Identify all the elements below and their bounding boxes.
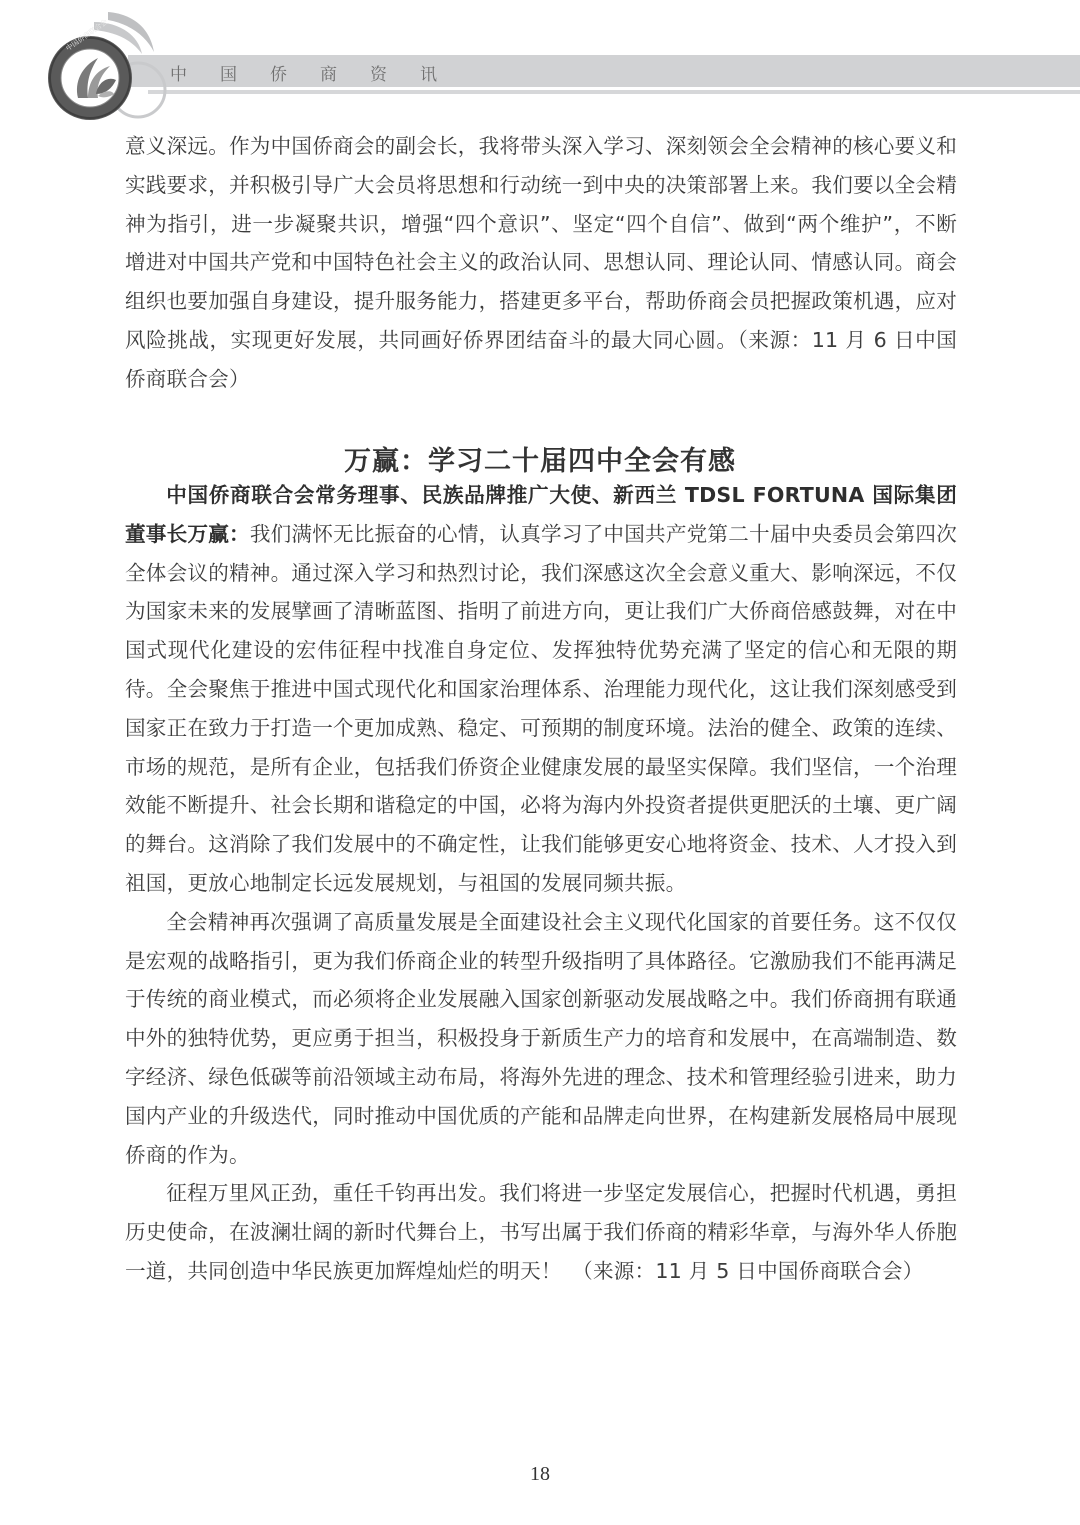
- body-paragraph: 意义深远。作为中国侨商会的副会长，我将带头深入学习、深刻领会全会精神的核心要义和…: [125, 127, 957, 399]
- header-divider: [148, 90, 1080, 94]
- header-title-char: 中: [170, 60, 220, 85]
- article-body: 中国侨商联合会常务理事、民族品牌推广大使、新西兰 TDSL FORTUNA 国际…: [125, 476, 957, 1291]
- federation-logo-icon: 中国侨商联合会: [38, 8, 168, 120]
- header-title-char: 国: [220, 60, 270, 85]
- page-number: 18: [0, 1463, 1080, 1486]
- body-paragraph: 全会精神再次强调了高质量发展是全面建设社会主义现代化国家的首要任务。这不仅仅是宏…: [125, 903, 957, 1175]
- page-header: 中国侨商联合会 中 国 侨 商 资 讯: [0, 0, 1080, 125]
- body-paragraph: 征程万里风正劲，重任千钧再出发。我们将进一步坚定发展信心，把握时代机遇，勇担历史…: [125, 1174, 957, 1290]
- body-paragraph: 中国侨商联合会常务理事、民族品牌推广大使、新西兰 TDSL FORTUNA 国际…: [125, 476, 957, 903]
- header-title-char: 侨: [270, 60, 320, 85]
- paragraph-text: 我们满怀无比振奋的心情，认真学习了中国共产党第二十届中央委员会第四次全体会议的精…: [125, 522, 957, 895]
- header-title-char: 资: [370, 60, 420, 85]
- continued-section: 意义深远。作为中国侨商会的副会长，我将带头深入学习、深刻领会全会精神的核心要义和…: [125, 127, 957, 399]
- header-title-char: 讯: [420, 60, 470, 85]
- header-title: 中 国 侨 商 资 讯: [170, 59, 470, 85]
- article-title: 万赢：学习二十届四中全会有感: [0, 439, 1080, 478]
- header-title-char: 商: [320, 60, 370, 85]
